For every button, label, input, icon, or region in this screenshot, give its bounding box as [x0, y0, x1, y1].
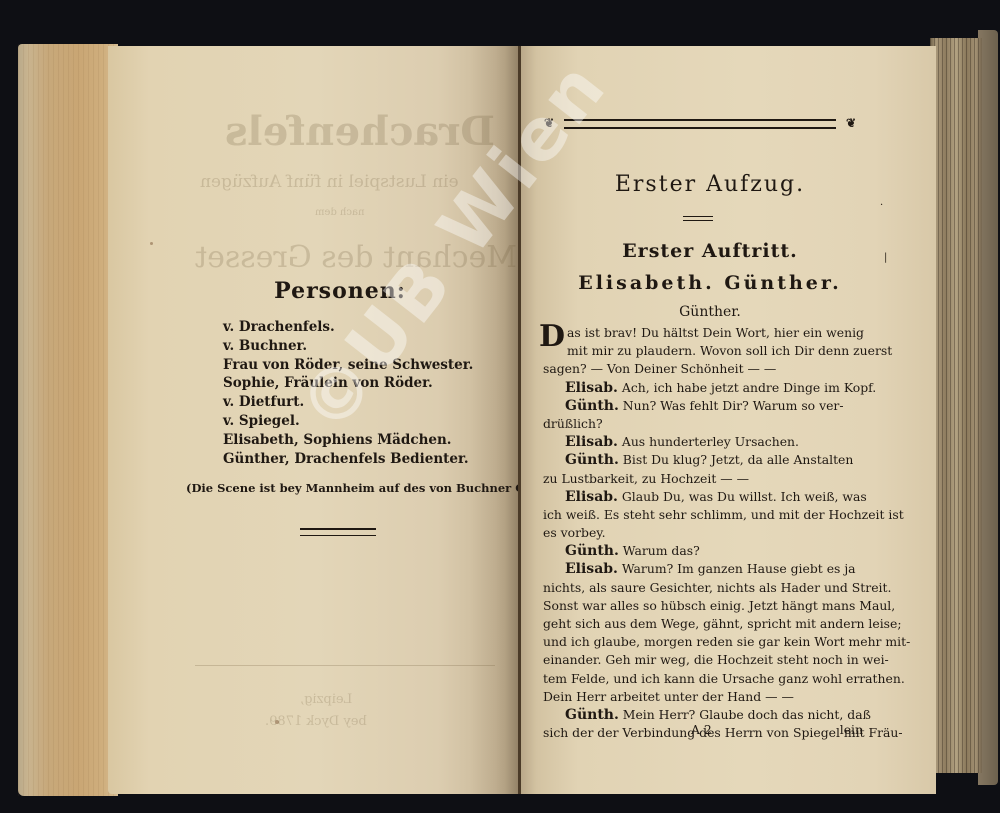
character-item: Günther, Drachenfels Bedienter. — [223, 450, 473, 469]
text-line: Bist Du klug? Jetzt, da alle Anstalten — [619, 452, 854, 467]
text-line: as ist brav! Du hältst Dein Wort, hier e… — [567, 325, 864, 340]
text-line: Dein Herr arbeitet unter der Hand — — — [543, 689, 794, 704]
ornament-flourish-icon: ❦ — [834, 116, 856, 130]
text-line: Mein Herr? Glaube doch das nicht, daß — [619, 707, 871, 722]
show-through-subtitle: ein Lustspiel in fünf Aufzügen — [200, 172, 459, 192]
text-line: sagen? — Von Deiner Schönheit — — — [543, 361, 776, 376]
show-through-title: Drachenfels — [225, 108, 495, 155]
left-book-cover-edge — [18, 44, 118, 796]
speaker-label: Günth. — [565, 398, 619, 414]
speaker-label: Günth. — [565, 707, 619, 723]
text-line: Warum? Im ganzen Hause giebt es ja — [618, 561, 856, 576]
text-line: zu Lustbarkeit, zu Hochzeit — — — [543, 471, 749, 486]
show-through-rule — [195, 665, 495, 666]
paper-stain — [275, 720, 279, 724]
signature-mark: A 2 — [691, 722, 712, 737]
speaker-label: Elisab. — [565, 380, 618, 396]
show-through-imprint: bey Dyck 1789. — [265, 714, 367, 729]
speaker-label: Günth. — [565, 543, 619, 559]
margin-mark: · — [880, 200, 883, 211]
text-line: Sonst war alles so hübsch einig. Jetzt h… — [543, 598, 895, 613]
text-line: Nun? Was fehlt Dir? Warum so ver- — [619, 398, 844, 413]
text-line: tem Felde, und ich kann die Ursache ganz… — [543, 671, 905, 686]
scene-setting-note: (Die Scene ist bey Mannheim auf des von … — [186, 481, 516, 495]
text-line: Warum das? — [619, 543, 700, 558]
show-through-place: Leipzig, — [300, 692, 352, 707]
speaker-label: Elisab. — [565, 561, 618, 577]
act-title: Erster Aufzug. — [540, 172, 880, 197]
margin-mark: | — [884, 252, 887, 263]
dialogue-text: Das ist brav! Du hältst Dein Wort, hier … — [543, 324, 863, 742]
speaker-heading: Günther. — [540, 304, 880, 320]
right-page-stack-edge — [930, 38, 982, 773]
speaker-label: Elisab. — [565, 434, 618, 450]
speaker-label: Elisab. — [565, 489, 618, 505]
text-line: und ich glaube, morgen reden sie gar kei… — [543, 634, 910, 649]
double-rule-divider — [300, 528, 376, 536]
text-line: einander. Geh mir weg, die Hochzeit steh… — [543, 652, 889, 667]
text-line: Aus hunderterley Ursachen. — [618, 434, 799, 449]
text-line: Glaub Du, was Du willst. Ich weiß, was — [618, 489, 867, 504]
speaker-label: Günth. — [565, 452, 619, 468]
text-line: geht sich aus dem Wege, gähnt, spricht m… — [543, 616, 902, 631]
text-line: drüßlich? — [543, 416, 603, 431]
catchword: lein — [840, 722, 863, 737]
text-line: ich weiß. Es steht sehr schlimm, und mit… — [543, 507, 904, 522]
text-line: nichts, als saure Gesichter, nichts als … — [543, 580, 891, 595]
scene-characters: Elisabeth. Günther. — [540, 272, 880, 294]
text-line: es vorbey. — [543, 525, 606, 540]
drop-cap: D — [539, 322, 565, 352]
text-line: Ach, ich habe jetzt andre Dinge im Kopf. — [618, 380, 876, 395]
paper-stain — [150, 242, 153, 245]
show-through-line: nach dem — [315, 207, 364, 218]
scene-title: Erster Auftritt. — [540, 240, 880, 262]
open-book-scan: Drachenfels ein Lustspiel in fünf Aufzüg… — [0, 0, 1000, 813]
short-rule-divider — [683, 216, 713, 221]
text-line: mit mir zu plaudern. Wovon soll ich Dir … — [567, 343, 892, 358]
